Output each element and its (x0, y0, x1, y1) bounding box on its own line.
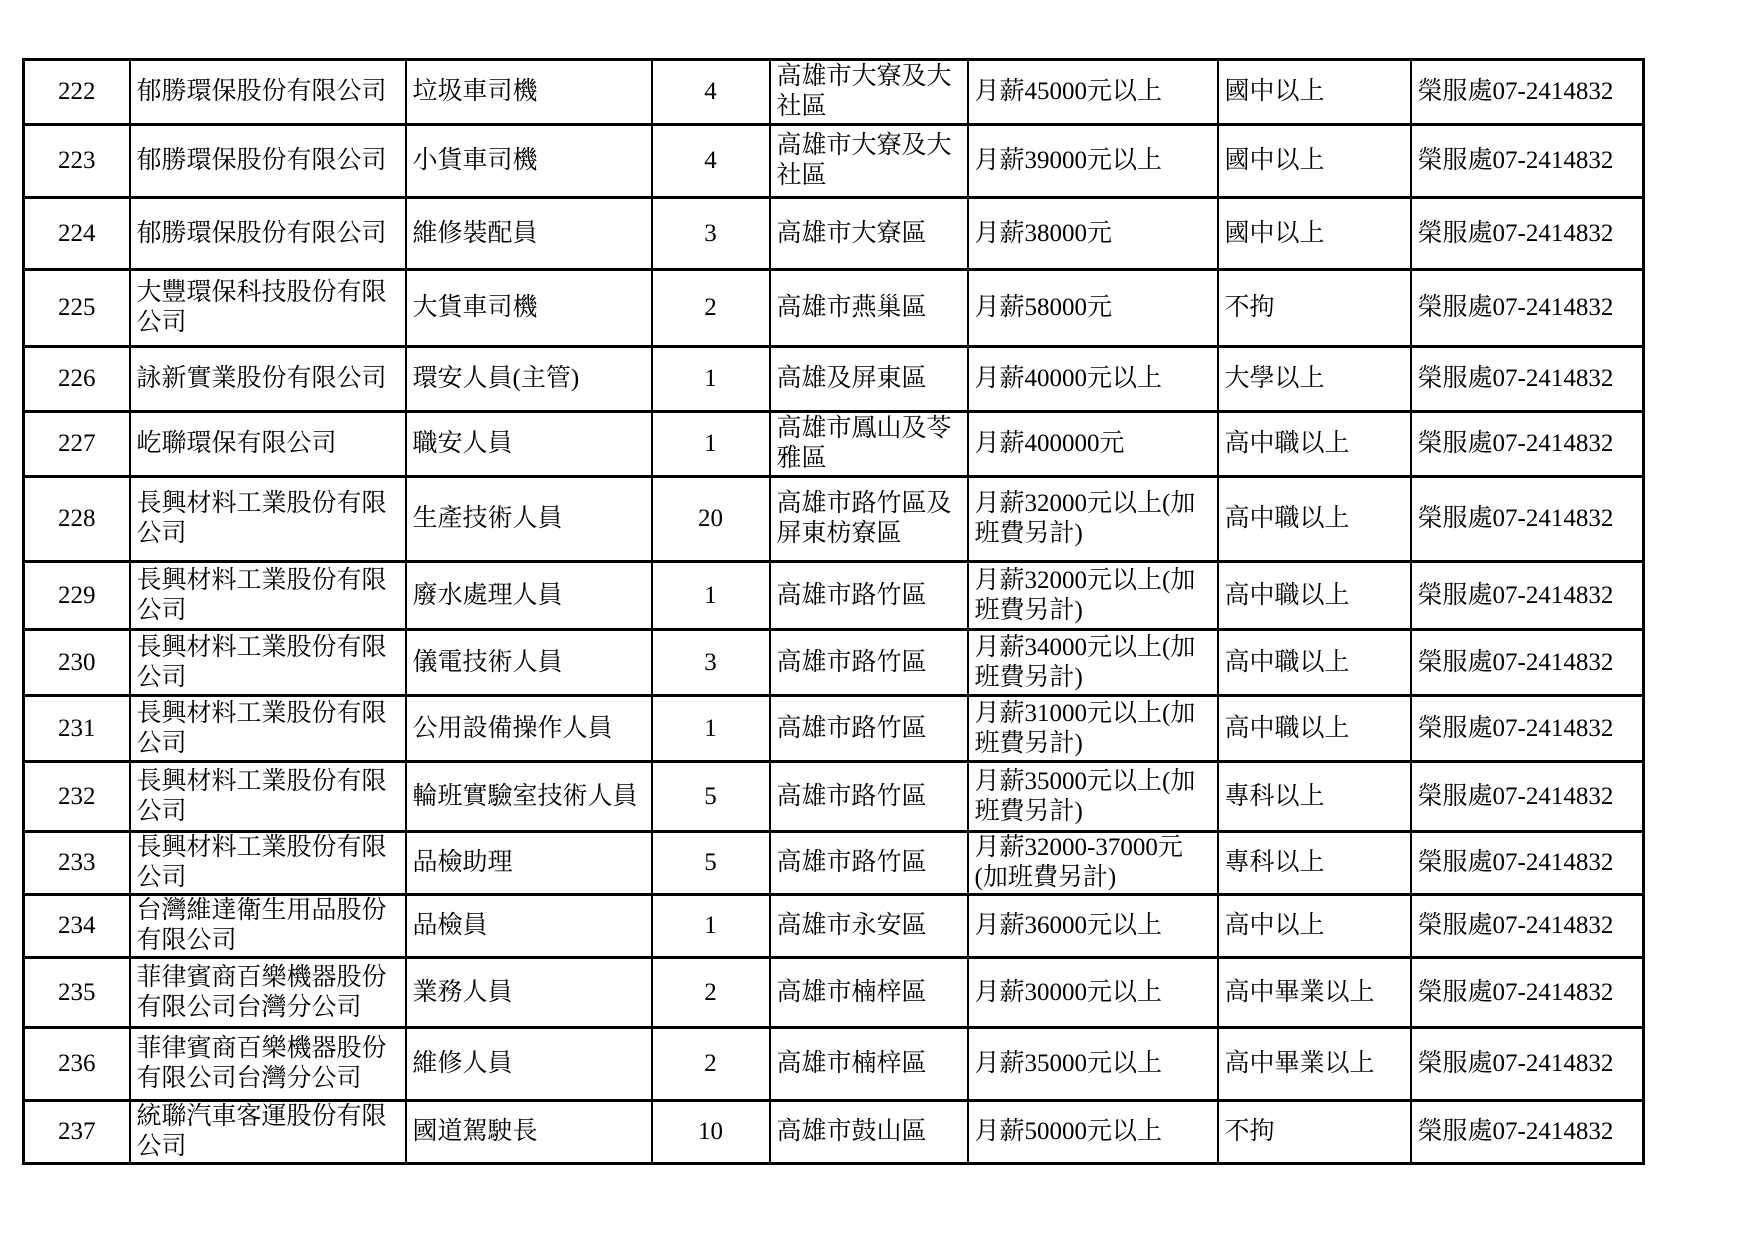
cell-contact: 榮服處07-2414832 (1411, 477, 1644, 562)
cell-row-number: 224 (24, 198, 130, 270)
cell-row-number: 230 (24, 630, 130, 696)
cell-contact: 榮服處07-2414832 (1411, 125, 1644, 198)
table-row: 232長興材料工業股份有限公司輪班實驗室技術人員5高雄市路竹區月薪35000元以… (24, 762, 1644, 832)
cell-contact: 榮服處07-2414832 (1411, 1101, 1644, 1164)
cell-salary: 月薪32000元以上(加班費另計) (968, 562, 1218, 630)
cell-position: 職安人員 (406, 412, 652, 477)
cell-row-number: 228 (24, 477, 130, 562)
cell-company: 長興材料工業股份有限公司 (130, 832, 406, 895)
cell-location: 高雄市路竹區 (770, 562, 968, 630)
cell-salary: 月薪45000元以上 (968, 60, 1218, 125)
cell-salary: 月薪35000元以上(加班費另計) (968, 762, 1218, 832)
cell-openings: 2 (652, 958, 770, 1028)
cell-row-number: 236 (24, 1028, 130, 1101)
table-row: 237統聯汽車客運股份有限公司國道駕駛長10高雄市鼓山區月薪50000元以上不拘… (24, 1101, 1644, 1164)
cell-company: 長興材料工業股份有限公司 (130, 562, 406, 630)
cell-openings: 2 (652, 1028, 770, 1101)
cell-openings: 4 (652, 125, 770, 198)
cell-company: 郁勝環保股份有限公司 (130, 60, 406, 125)
cell-location: 高雄市楠梓區 (770, 958, 968, 1028)
cell-company: 長興材料工業股份有限公司 (130, 630, 406, 696)
table-row: 228長興材料工業股份有限公司生產技術人員20高雄市路竹區及屏東枋寮區月薪320… (24, 477, 1644, 562)
cell-position: 大貨車司機 (406, 270, 652, 347)
document-page: 222郁勝環保股份有限公司垃圾車司機4高雄市大寮及大社區月薪45000元以上國中… (0, 0, 1754, 1241)
cell-row-number: 234 (24, 895, 130, 958)
cell-position: 品檢員 (406, 895, 652, 958)
cell-contact: 榮服處07-2414832 (1411, 832, 1644, 895)
cell-openings: 2 (652, 270, 770, 347)
cell-location: 高雄市路竹區及屏東枋寮區 (770, 477, 968, 562)
cell-location: 高雄市路竹區 (770, 696, 968, 762)
cell-position: 維修人員 (406, 1028, 652, 1101)
table-row: 225大豐環保科技股份有限公司大貨車司機2高雄市燕巢區月薪58000元不拘榮服處… (24, 270, 1644, 347)
cell-salary: 月薪31000元以上(加班費另計) (968, 696, 1218, 762)
cell-education: 高中畢業以上 (1218, 1028, 1411, 1101)
table-row: 233長興材料工業股份有限公司品檢助理5高雄市路竹區月薪32000-37000元… (24, 832, 1644, 895)
cell-company: 台灣維達衛生用品股份有限公司 (130, 895, 406, 958)
cell-company: 郁勝環保股份有限公司 (130, 198, 406, 270)
cell-education: 國中以上 (1218, 60, 1411, 125)
cell-openings: 1 (652, 696, 770, 762)
cell-company: 菲律賓商百樂機器股份有限公司台灣分公司 (130, 958, 406, 1028)
cell-location: 高雄市大寮及大社區 (770, 60, 968, 125)
cell-position: 維修裝配員 (406, 198, 652, 270)
cell-location: 高雄市路竹區 (770, 762, 968, 832)
cell-salary: 月薪34000元以上(加班費另計) (968, 630, 1218, 696)
table-row: 229長興材料工業股份有限公司廢水處理人員1高雄市路竹區月薪32000元以上(加… (24, 562, 1644, 630)
cell-row-number: 225 (24, 270, 130, 347)
cell-company: 長興材料工業股份有限公司 (130, 477, 406, 562)
cell-location: 高雄市鼓山區 (770, 1101, 968, 1164)
cell-row-number: 229 (24, 562, 130, 630)
table-row: 222郁勝環保股份有限公司垃圾車司機4高雄市大寮及大社區月薪45000元以上國中… (24, 60, 1644, 125)
table-row: 230長興材料工業股份有限公司儀電技術人員3高雄市路竹區月薪34000元以上(加… (24, 630, 1644, 696)
cell-contact: 榮服處07-2414832 (1411, 762, 1644, 832)
table-row: 235菲律賓商百樂機器股份有限公司台灣分公司業務人員2高雄市楠梓區月薪30000… (24, 958, 1644, 1028)
cell-location: 高雄市大寮區 (770, 198, 968, 270)
cell-contact: 榮服處07-2414832 (1411, 60, 1644, 125)
cell-contact: 榮服處07-2414832 (1411, 1028, 1644, 1101)
cell-company: 長興材料工業股份有限公司 (130, 696, 406, 762)
cell-education: 專科以上 (1218, 832, 1411, 895)
cell-education: 不拘 (1218, 1101, 1411, 1164)
cell-openings: 3 (652, 630, 770, 696)
cell-education: 高中職以上 (1218, 562, 1411, 630)
cell-education: 高中職以上 (1218, 477, 1411, 562)
cell-row-number: 222 (24, 60, 130, 125)
cell-education: 不拘 (1218, 270, 1411, 347)
cell-openings: 5 (652, 762, 770, 832)
cell-position: 品檢助理 (406, 832, 652, 895)
table-row: 226詠新實業股份有限公司環安人員(主管)1高雄及屏東區月薪40000元以上大學… (24, 347, 1644, 412)
cell-company: 長興材料工業股份有限公司 (130, 762, 406, 832)
cell-row-number: 233 (24, 832, 130, 895)
cell-company: 詠新實業股份有限公司 (130, 347, 406, 412)
cell-education: 專科以上 (1218, 762, 1411, 832)
cell-education: 國中以上 (1218, 125, 1411, 198)
cell-row-number: 231 (24, 696, 130, 762)
cell-openings: 1 (652, 895, 770, 958)
cell-position: 國道駕駛長 (406, 1101, 652, 1164)
table-row: 224郁勝環保股份有限公司維修裝配員3高雄市大寮區月薪38000元國中以上榮服處… (24, 198, 1644, 270)
cell-position: 廢水處理人員 (406, 562, 652, 630)
cell-education: 高中畢業以上 (1218, 958, 1411, 1028)
cell-education: 大學以上 (1218, 347, 1411, 412)
cell-salary: 月薪36000元以上 (968, 895, 1218, 958)
cell-company: 統聯汽車客運股份有限公司 (130, 1101, 406, 1164)
cell-openings: 4 (652, 60, 770, 125)
cell-row-number: 235 (24, 958, 130, 1028)
cell-company: 大豐環保科技股份有限公司 (130, 270, 406, 347)
cell-location: 高雄市燕巢區 (770, 270, 968, 347)
cell-position: 儀電技術人員 (406, 630, 652, 696)
table-row: 234台灣維達衛生用品股份有限公司品檢員1高雄市永安區月薪36000元以上高中以… (24, 895, 1644, 958)
cell-row-number: 237 (24, 1101, 130, 1164)
cell-salary: 月薪35000元以上 (968, 1028, 1218, 1101)
cell-salary: 月薪30000元以上 (968, 958, 1218, 1028)
cell-location: 高雄市路竹區 (770, 832, 968, 895)
cell-location: 高雄及屏東區 (770, 347, 968, 412)
cell-location: 高雄市鳳山及苓雅區 (770, 412, 968, 477)
cell-salary: 月薪32000-37000元(加班費另計) (968, 832, 1218, 895)
cell-salary: 月薪38000元 (968, 198, 1218, 270)
cell-contact: 榮服處07-2414832 (1411, 347, 1644, 412)
cell-education: 高中職以上 (1218, 630, 1411, 696)
cell-position: 小貨車司機 (406, 125, 652, 198)
cell-openings: 5 (652, 832, 770, 895)
cell-company: 屹聯環保有限公司 (130, 412, 406, 477)
cell-row-number: 226 (24, 347, 130, 412)
cell-company: 郁勝環保股份有限公司 (130, 125, 406, 198)
cell-position: 公用設備操作人員 (406, 696, 652, 762)
cell-salary: 月薪400000元 (968, 412, 1218, 477)
cell-row-number: 232 (24, 762, 130, 832)
cell-openings: 1 (652, 412, 770, 477)
cell-openings: 10 (652, 1101, 770, 1164)
cell-location: 高雄市大寮及大社區 (770, 125, 968, 198)
cell-location: 高雄市永安區 (770, 895, 968, 958)
cell-education: 國中以上 (1218, 198, 1411, 270)
cell-contact: 榮服處07-2414832 (1411, 270, 1644, 347)
cell-company: 菲律賓商百樂機器股份有限公司台灣分公司 (130, 1028, 406, 1101)
cell-salary: 月薪32000元以上(加班費另計) (968, 477, 1218, 562)
cell-education: 高中職以上 (1218, 412, 1411, 477)
cell-education: 高中以上 (1218, 895, 1411, 958)
table-row: 227屹聯環保有限公司職安人員1高雄市鳳山及苓雅區月薪400000元高中職以上榮… (24, 412, 1644, 477)
job-listings-body: 222郁勝環保股份有限公司垃圾車司機4高雄市大寮及大社區月薪45000元以上國中… (24, 60, 1644, 1164)
cell-contact: 榮服處07-2414832 (1411, 630, 1644, 696)
table-row: 231長興材料工業股份有限公司公用設備操作人員1高雄市路竹區月薪31000元以上… (24, 696, 1644, 762)
cell-openings: 20 (652, 477, 770, 562)
cell-contact: 榮服處07-2414832 (1411, 696, 1644, 762)
cell-openings: 3 (652, 198, 770, 270)
cell-contact: 榮服處07-2414832 (1411, 412, 1644, 477)
cell-location: 高雄市路竹區 (770, 630, 968, 696)
cell-contact: 榮服處07-2414832 (1411, 958, 1644, 1028)
cell-salary: 月薪58000元 (968, 270, 1218, 347)
cell-row-number: 223 (24, 125, 130, 198)
cell-position: 垃圾車司機 (406, 60, 652, 125)
job-listings-table: 222郁勝環保股份有限公司垃圾車司機4高雄市大寮及大社區月薪45000元以上國中… (22, 58, 1645, 1165)
cell-location: 高雄市楠梓區 (770, 1028, 968, 1101)
cell-position: 輪班實驗室技術人員 (406, 762, 652, 832)
cell-openings: 1 (652, 347, 770, 412)
cell-openings: 1 (652, 562, 770, 630)
cell-row-number: 227 (24, 412, 130, 477)
table-row: 223郁勝環保股份有限公司小貨車司機4高雄市大寮及大社區月薪39000元以上國中… (24, 125, 1644, 198)
cell-position: 生產技術人員 (406, 477, 652, 562)
cell-contact: 榮服處07-2414832 (1411, 198, 1644, 270)
cell-position: 環安人員(主管) (406, 347, 652, 412)
table-row: 236菲律賓商百樂機器股份有限公司台灣分公司維修人員2高雄市楠梓區月薪35000… (24, 1028, 1644, 1101)
cell-education: 高中職以上 (1218, 696, 1411, 762)
cell-salary: 月薪50000元以上 (968, 1101, 1218, 1164)
cell-salary: 月薪39000元以上 (968, 125, 1218, 198)
cell-salary: 月薪40000元以上 (968, 347, 1218, 412)
cell-position: 業務人員 (406, 958, 652, 1028)
cell-contact: 榮服處07-2414832 (1411, 562, 1644, 630)
cell-contact: 榮服處07-2414832 (1411, 895, 1644, 958)
